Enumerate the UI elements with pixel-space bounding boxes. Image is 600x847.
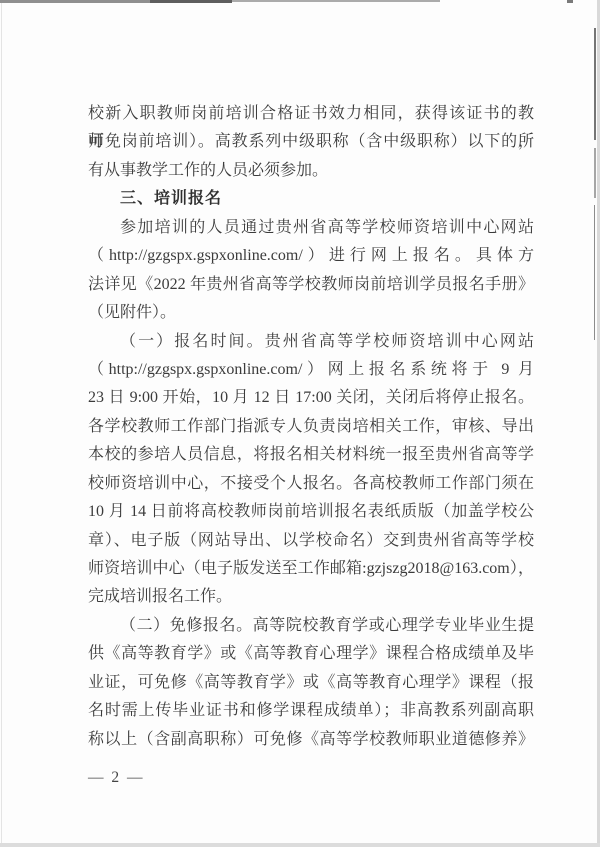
scan-artifact-right — [594, 205, 595, 340]
document-text-line: 师资培训中心（电子版发送至工作邮箱:gzjszg2018@163.com）， — [88, 555, 534, 583]
document-text-line: 各学校教师工作部门指派专人负责岗培相关工作，审核、导出 — [88, 413, 534, 441]
document-text-line: （一）报名时间。贵州省高等学校师资培训中心网站 — [88, 328, 534, 356]
document-text-line: 供《高等教育学》或《高等教育心理学》课程合格成绩单及毕 — [88, 640, 534, 668]
document-text-line: （http://gzgspx.gspxonline.com/）进行网上报名。具体… — [88, 242, 534, 270]
document-text-line: （http://gzgspx.gspxonline.com/）网上报名系统将于 … — [88, 356, 534, 384]
document-text-line: 名时需上传毕业证书和修学课程成绩单）；非高教系列副高职 — [88, 697, 534, 725]
document-text-line: 可免岗前培训）。高教系列中级职称（含中级职称）以下的所 — [88, 128, 534, 156]
document-text-line: 称以上（含副高职称）可免修《高等学校教师职业道德修养》 — [88, 726, 534, 754]
scan-artifact-top — [150, 0, 232, 3]
document-text-line: （二）免修报名。高等院校教育学或心理学专业毕业生提 — [88, 612, 534, 640]
scan-artifact-right — [594, 148, 596, 198]
scanned-document-page: 校新入职教师岗前培训合格证书效力相同，获得该证书的教师，可免岗前培训）。高教系列… — [0, 0, 600, 847]
document-text-line: 三、培训报名 — [88, 185, 534, 213]
page-edge-left — [1, 0, 2, 847]
scan-artifact-top — [0, 0, 150, 3]
document-text-line: 法详见《2022 年贵州省高等学校教师岗前培训学员报名手册》 — [88, 271, 534, 299]
document-text-line: （见附件）。 — [88, 299, 534, 327]
document-text-line: 业证，可免修《高等教育学》或《高等教育心理学》课程（报 — [88, 669, 534, 697]
document-text-line: 完成培训报名工作。 — [88, 583, 534, 611]
document-text-line: 23 日 9:00 开始，10 月 12 日 17:00 关闭，关闭后将停止报名… — [88, 384, 534, 412]
document-text-line: 参加培训的人员通过贵州省高等学校师资培训中心网站 — [88, 214, 534, 242]
page-number: — 2 — — [88, 767, 145, 789]
document-text-line: 有从事教学工作的人员必须参加。 — [88, 157, 534, 185]
document-body: 校新入职教师岗前培训合格证书效力相同，获得该证书的教师，可免岗前培训）。高教系列… — [88, 100, 534, 754]
scan-artifact-top — [232, 0, 440, 2]
document-text-line: 本校的参培人员信息，将报名相关材料统一报至贵州省高等学 — [88, 441, 534, 469]
scan-artifact-top — [567, 0, 573, 3]
scan-artifact-right — [594, 28, 596, 140]
document-text-line: 校师资培训中心，不接受个人报名。各高校教师工作部门须在 — [88, 470, 534, 498]
document-text-line: 章）、电子版（网站导出、以学校命名）交到贵州省高等学校 — [88, 527, 534, 555]
document-text-line: 10 月 14 日前将高校教师岗前培训报名表纸质版（加盖学校公 — [88, 498, 534, 526]
document-text-line: 校新入职教师岗前培训合格证书效力相同，获得该证书的教师， — [88, 100, 534, 128]
page-edge-bottom — [0, 843, 600, 847]
